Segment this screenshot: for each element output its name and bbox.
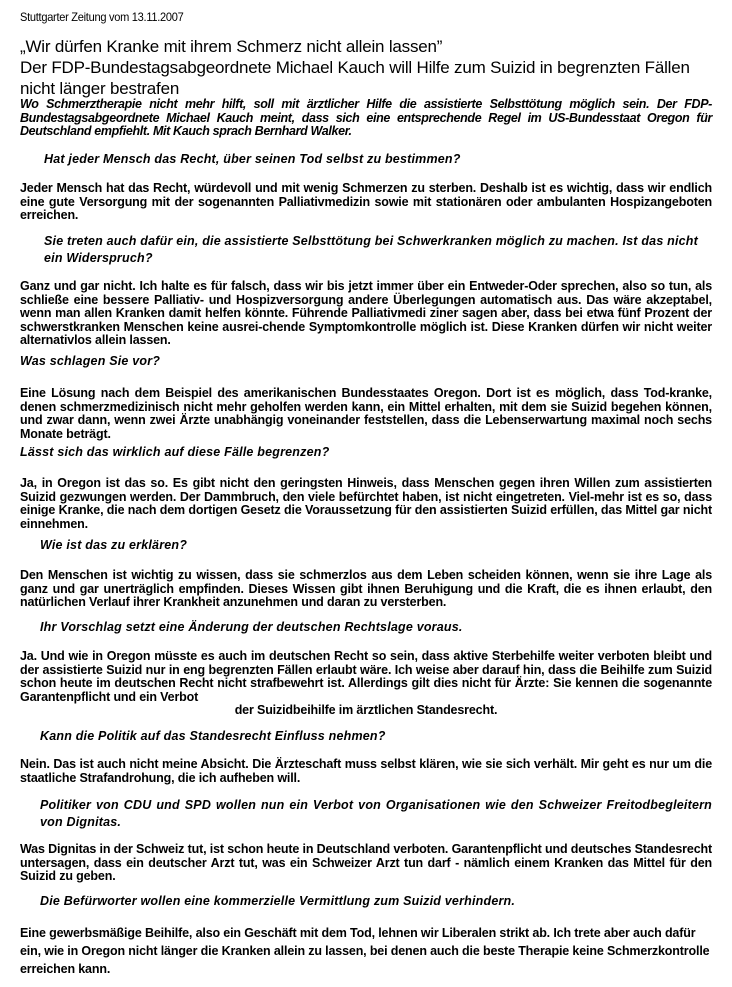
answer-6-text: Ja. Und wie in Oregon müsste es auch im …	[20, 649, 712, 704]
answer-7: Nein. Das ist auch nicht meine Absicht. …	[20, 758, 712, 785]
question-3: Was schlagen Sie vor?	[20, 353, 680, 370]
answer-8: Was Dignitas in der Schweiz tut, ist sch…	[20, 843, 712, 884]
question-5: Wie ist das zu erklären?	[40, 537, 700, 554]
headline-subtitle: Der FDP-Bundestagsabgeordnete Michael Ka…	[20, 57, 720, 99]
question-1: Hat jeder Mensch das Recht, über seinen …	[44, 151, 704, 168]
answer-4: Ja, in Oregon ist das so. Es gibt nicht …	[20, 477, 712, 531]
answer-2: Ganz und gar nicht. Ich halte es für fal…	[20, 280, 712, 348]
question-8: Politiker von CDU und SPD wollen nun ein…	[40, 797, 712, 831]
answer-6: Ja. Und wie in Oregon müsste es auch im …	[20, 650, 712, 718]
article-page: Stuttgarter Zeitung vom 13.11.2007 „Wir …	[0, 0, 732, 987]
answer-3: Eine Lösung nach dem Beispiel des amerik…	[20, 387, 712, 441]
answer-6-continuation: der Suizidbeihilfe im ärztlichen Standes…	[20, 704, 712, 718]
headline-title: „Wir dürfen Kranke mit ihrem Schmerz nic…	[20, 36, 720, 57]
headline: „Wir dürfen Kranke mit ihrem Schmerz nic…	[20, 36, 720, 99]
question-7: Kann die Politik auf das Standesrecht Ei…	[40, 728, 700, 745]
lead-paragraph: Wo Schmerztherapie nicht mehr hilft, sol…	[20, 98, 712, 139]
question-9: Die Befürworter wollen eine kommerzielle…	[40, 893, 700, 910]
source-line: Stuttgarter Zeitung vom 13.11.2007	[20, 10, 183, 24]
question-4: Lässt sich das wirklich auf diese Fälle …	[20, 444, 680, 461]
question-6: Ihr Vorschlag setzt eine Änderung der de…	[40, 619, 700, 636]
answer-9: Eine gewerbsmäßige Beihilfe, also ein Ge…	[20, 924, 712, 978]
answer-5: Den Menschen ist wichtig zu wissen, dass…	[20, 569, 712, 610]
question-2: Sie treten auch dafür ein, die assistier…	[44, 233, 712, 267]
answer-1: Jeder Mensch hat das Recht, würdevoll un…	[20, 182, 712, 223]
